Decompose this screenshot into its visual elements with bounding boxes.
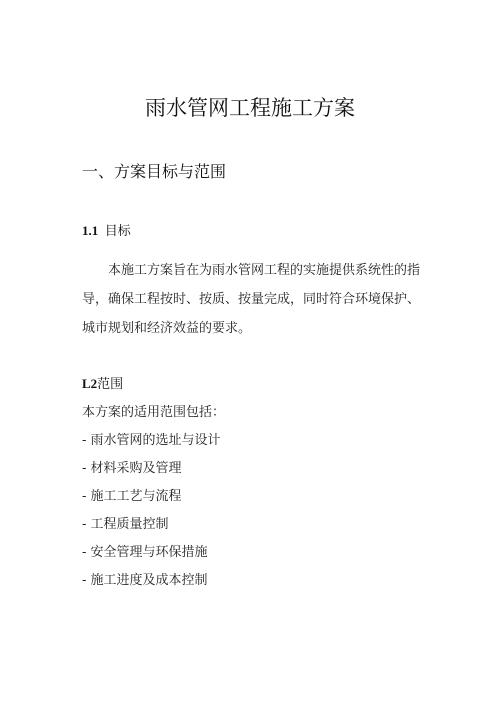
subsection-label: 目标: [105, 224, 131, 239]
subsection-heading-scope: L2范围: [82, 373, 123, 392]
list-item: - 雨水管网的选址与设计: [82, 429, 221, 448]
subsection-heading-goal: 1.1 目标: [82, 220, 131, 239]
list-item: - 工程质量控制: [82, 513, 169, 532]
subsection-number: 1.1: [82, 223, 98, 238]
section-heading: 一、方案目标与范围: [82, 159, 226, 182]
goal-paragraph: 本施工方案旨在为雨水管网工程的实施提供系统性的指导，确保工程按时、按质、按量完成…: [82, 256, 422, 343]
subsection-label: 范围: [97, 377, 123, 392]
scope-intro: 本方案的适用范围包括：: [82, 401, 225, 420]
list-item: - 安全管理与环保措施: [82, 541, 208, 560]
list-item: - 施工工艺与流程: [82, 485, 182, 504]
subsection-number: L2: [82, 376, 97, 391]
list-item: - 材料采购及管理: [82, 457, 182, 476]
document-title: 雨水管网工程施工方案: [0, 92, 500, 122]
list-item: - 施工进度及成本控制: [82, 569, 208, 588]
